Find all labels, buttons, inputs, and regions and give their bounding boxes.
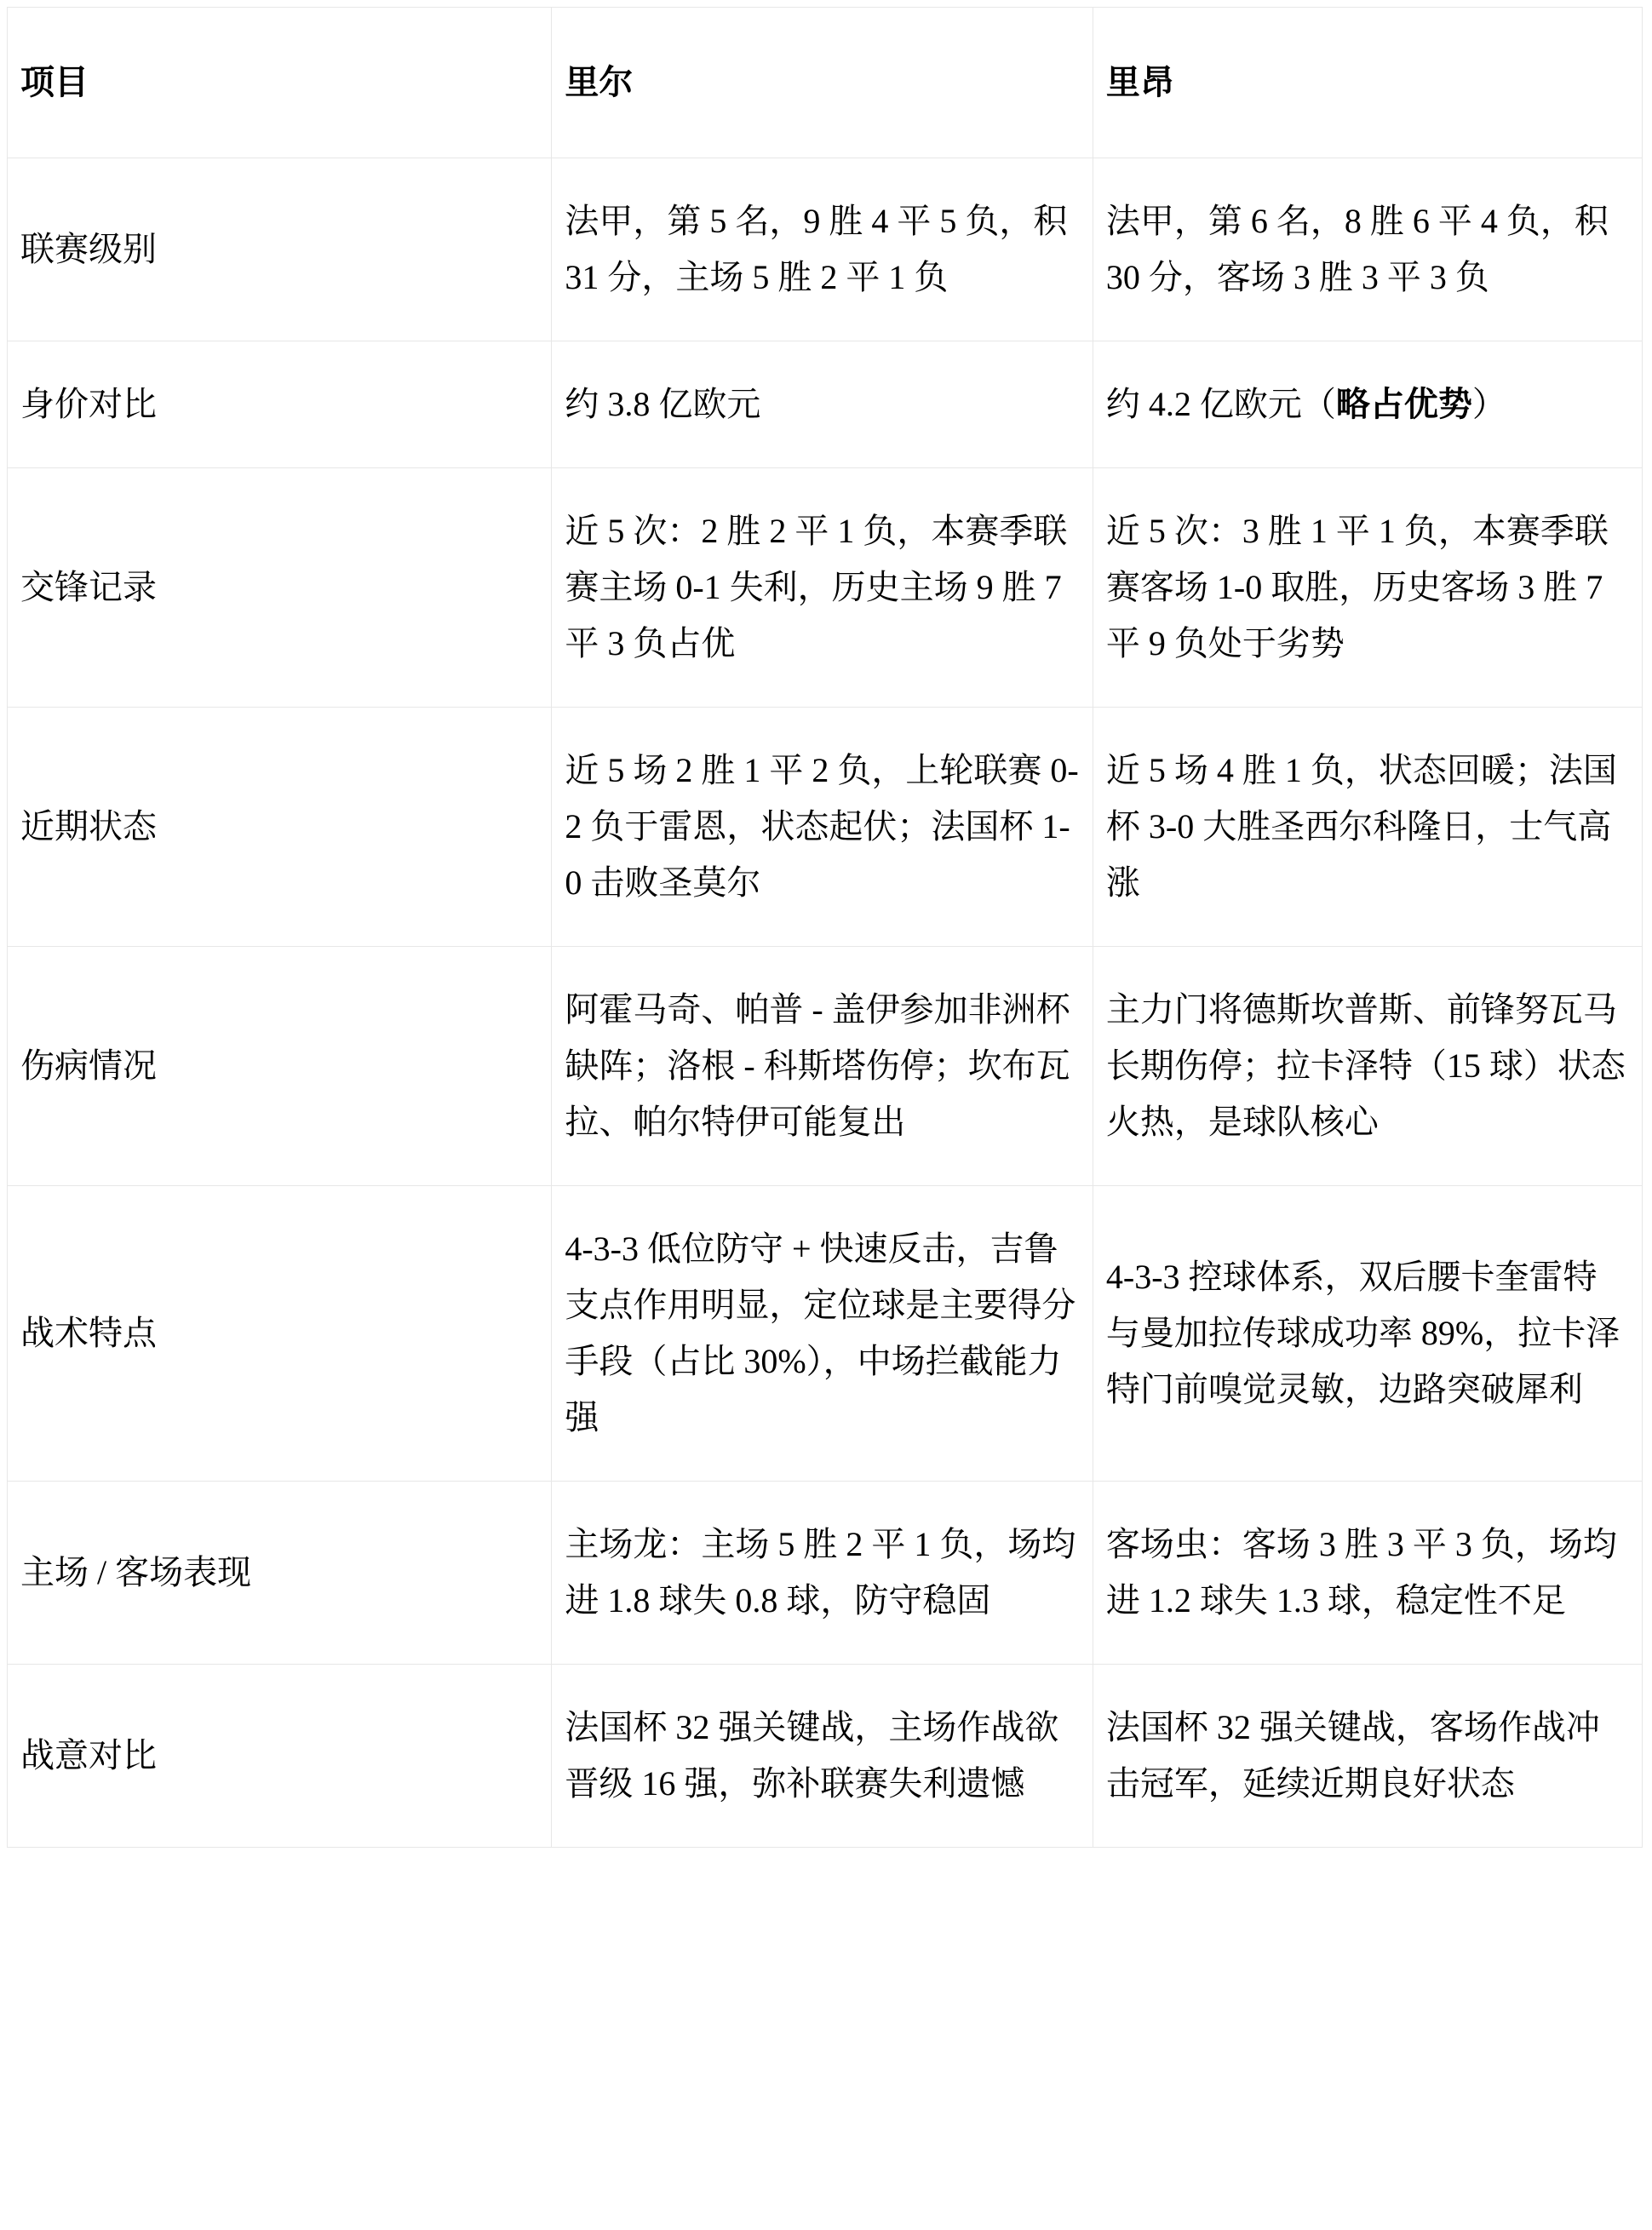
- row-value-label: 身价对比: [8, 341, 552, 468]
- header-cell-item: 项目: [8, 8, 552, 158]
- row-motivation-lille-cell: 法国杯 32 强关键战，主场作战欲晋级 16 强，弥补联赛失利遗憾: [552, 1665, 1093, 1848]
- header-cell-lyon: 里昂: [1093, 8, 1642, 158]
- row-value-lille-cell: 约 3.8 亿欧元: [552, 341, 1093, 468]
- table-row-tactics: 战术特点 4-3-3 低位防守 + 快速反击，吉鲁支点作用明显，定位球是主要得分…: [8, 1186, 1643, 1482]
- row-homeaway-lyon-cell: 客场虫：客场 3 胜 3 平 3 负，场均进 1.2 球失 1.3 球，稳定性不…: [1093, 1482, 1642, 1665]
- row-league-lyon-cell: 法甲，第 6 名，8 胜 6 平 4 负，积 30 分，客场 3 胜 3 平 3…: [1093, 158, 1642, 341]
- row-injury-lille-cell: 阿霍马奇、帕普 - 盖伊参加非洲杯缺阵；洛根 - 科斯塔伤停；坎布瓦拉、帕尔特伊…: [552, 947, 1093, 1186]
- row-league-lille-cell: 法甲，第 5 名，9 胜 4 平 5 负，积 31 分，主场 5 胜 2 平 1…: [552, 158, 1093, 341]
- table-row-h2h: 交锋记录 近 5 次：2 胜 2 平 1 负，本赛季联赛主场 0-1 失利，历史…: [8, 468, 1643, 708]
- row-tactics-lille-cell: 4-3-3 低位防守 + 快速反击，吉鲁支点作用明显，定位球是主要得分手段（占比…: [552, 1186, 1093, 1482]
- row-injury-lyon-cell: 主力门将德斯坎普斯、前锋努瓦马长期伤停；拉卡泽特（15 球）状态火热，是球队核心: [1093, 947, 1642, 1186]
- value-lyon-text-suffix: ）: [1472, 385, 1506, 423]
- row-homeaway-lille-cell: 主场龙：主场 5 胜 2 平 1 负，场均进 1.8 球失 0.8 球，防守稳固: [552, 1482, 1093, 1665]
- value-lyon-text: 约 4.2 亿欧元（: [1106, 385, 1336, 423]
- table-header-row: 项目 里尔 里昂: [8, 8, 1643, 158]
- row-league-label: 联赛级别: [8, 158, 552, 341]
- row-value-lyon-cell: 约 4.2 亿欧元（略占优势）: [1093, 341, 1642, 468]
- table-row-form: 近期状态 近 5 场 2 胜 1 平 2 负，上轮联赛 0-2 负于雷恩，状态起…: [8, 708, 1643, 947]
- table-row-motivation: 战意对比 法国杯 32 强关键战，主场作战欲晋级 16 强，弥补联赛失利遗憾 法…: [8, 1665, 1643, 1848]
- table-row-value: 身价对比 约 3.8 亿欧元 约 4.2 亿欧元（略占优势）: [8, 341, 1643, 468]
- table-row-league: 联赛级别 法甲，第 5 名，9 胜 4 平 5 负，积 31 分，主场 5 胜 …: [8, 158, 1643, 341]
- row-h2h-lyon-cell: 近 5 次：3 胜 1 平 1 负，本赛季联赛客场 1-0 取胜，历史客场 3 …: [1093, 468, 1642, 708]
- row-h2h-lille-cell: 近 5 次：2 胜 2 平 1 负，本赛季联赛主场 0-1 失利，历史主场 9 …: [552, 468, 1093, 708]
- value-lyon-advantage-text: 略占优势: [1336, 385, 1472, 423]
- row-form-lille-cell: 近 5 场 2 胜 1 平 2 负，上轮联赛 0-2 负于雷恩，状态起伏；法国杯…: [552, 708, 1093, 947]
- row-injury-label: 伤病情况: [8, 947, 552, 1186]
- row-motivation-label: 战意对比: [8, 1665, 552, 1848]
- row-form-label: 近期状态: [8, 708, 552, 947]
- row-form-lyon-cell: 近 5 场 4 胜 1 负，状态回暖；法国杯 3-0 大胜圣西尔科隆日，士气高涨: [1093, 708, 1642, 947]
- team-comparison-table: 项目 里尔 里昂 联赛级别 法甲，第 5 名，9 胜 4 平 5 负，积 31 …: [7, 7, 1643, 1848]
- table-row-injury: 伤病情况 阿霍马奇、帕普 - 盖伊参加非洲杯缺阵；洛根 - 科斯塔伤停；坎布瓦拉…: [8, 947, 1643, 1186]
- row-tactics-lyon-cell: 4-3-3 控球体系，双后腰卡奎雷特与曼加拉传球成功率 89%，拉卡泽特门前嗅觉…: [1093, 1186, 1642, 1482]
- row-motivation-lyon-cell: 法国杯 32 强关键战，客场作战冲击冠军，延续近期良好状态: [1093, 1665, 1642, 1848]
- row-homeaway-label: 主场 / 客场表现: [8, 1482, 552, 1665]
- row-tactics-label: 战术特点: [8, 1186, 552, 1482]
- row-h2h-label: 交锋记录: [8, 468, 552, 708]
- header-cell-lille: 里尔: [552, 8, 1093, 158]
- page: { "table": { "header": { "col_item": "项目…: [0, 0, 1652, 2230]
- table-row-homeaway: 主场 / 客场表现 主场龙：主场 5 胜 2 平 1 负，场均进 1.8 球失 …: [8, 1482, 1643, 1665]
